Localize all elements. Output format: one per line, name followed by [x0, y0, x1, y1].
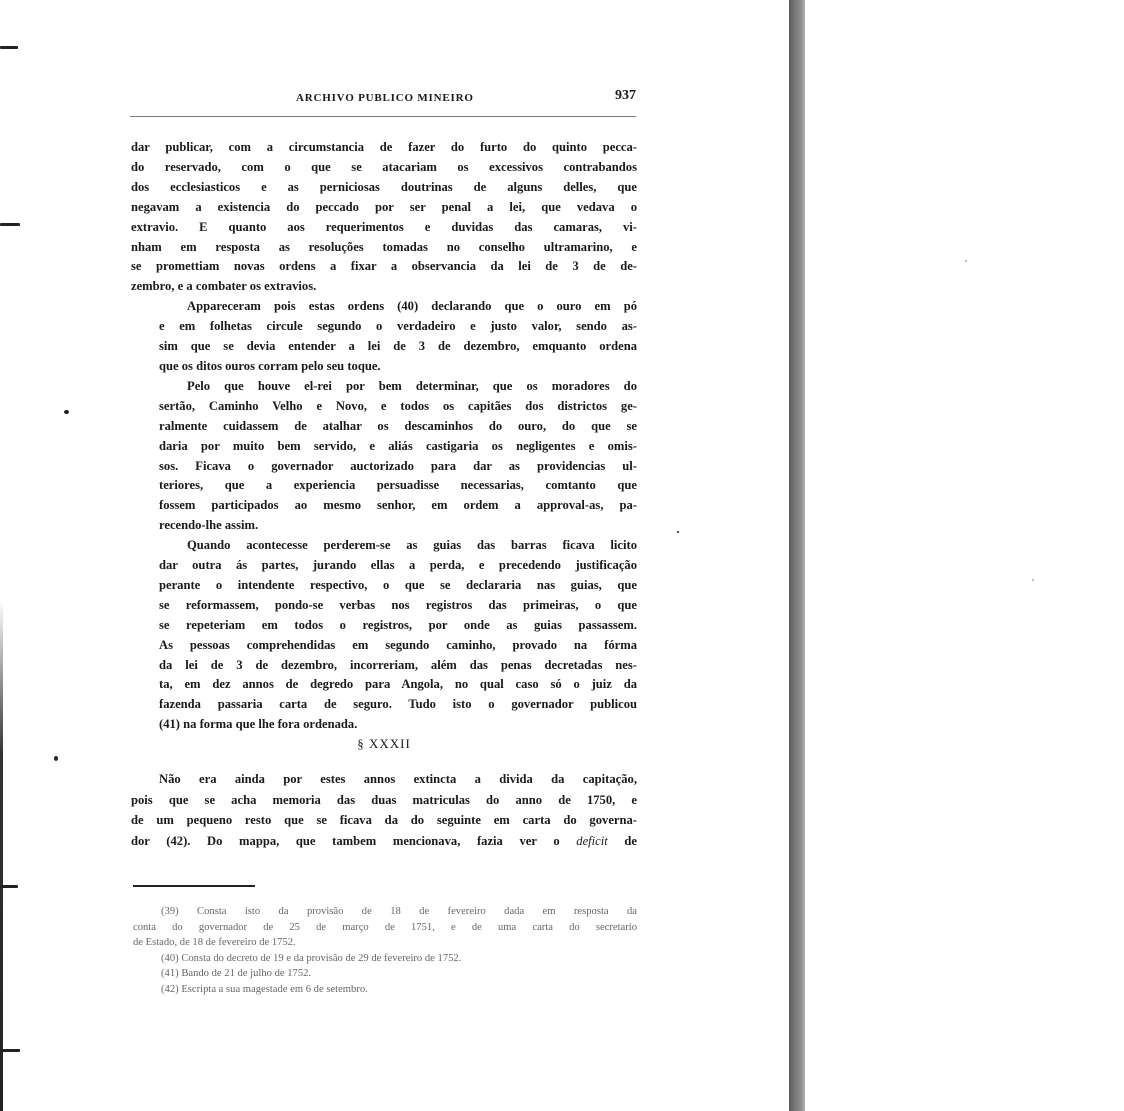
text-line: se reformassem, pondo-se verbas nos regi… [131, 596, 637, 616]
book-spine-shadow [789, 0, 805, 1111]
text-line: da lei de 3 de dezembro, incorreriam, al… [131, 656, 637, 676]
text-line: zembro, e a combater os extravios. [131, 277, 637, 297]
footnote-rule [133, 885, 255, 887]
text-line: e em folhetas circule segundo o verdadei… [131, 317, 637, 337]
paragraph: Pelo que houve el-rei por bem determinar… [131, 377, 637, 536]
text-line: do reservado, com o que se atacariam os … [131, 158, 637, 178]
ink-speck [54, 756, 58, 761]
text-line: dar outra ás partes, jurando ellas a per… [131, 556, 637, 576]
text-line: se promettiam novas ordens a fixar a obs… [131, 257, 637, 277]
text-line: daria por muito bem servido, e aliás cas… [131, 437, 637, 457]
footnote-40: (40) Consta do decreto de 19 e da provis… [133, 951, 637, 967]
footnote-text: Bando de 21 de julho de 1752. [181, 968, 311, 979]
footnote-42: (42) Escripta a sua magestade em 6 de se… [133, 982, 637, 998]
footnote-text: Consta do decreto de 19 e da provisão de… [181, 953, 461, 964]
paragraph: dar publicar, com a circumstancia de faz… [131, 138, 637, 297]
footnote-line: conta do governador de 25 de março de 17… [133, 920, 637, 936]
text-line: perante o intendente respectivo, o que s… [131, 576, 637, 596]
text-line: As pessoas comprehendidas em segundo cam… [131, 636, 637, 656]
footnotes: (39) Consta isto da provisão de 18 de fe… [133, 904, 637, 997]
footnote-39: (39) Consta isto da provisão de 18 de fe… [133, 904, 637, 920]
body-text: dar publicar, com a circumstancia de faz… [131, 138, 637, 735]
running-title: ARCHIVO PUBLICO MINEIRO [296, 92, 474, 104]
page-edge-shadow [0, 600, 3, 1111]
text-line: dor (42). Do mappa, que tambem mencionav… [131, 831, 637, 852]
text-line: de um pequeno resto que se ficava da do … [131, 810, 637, 831]
paragraph: Quando acontecesse perderem-se as guias … [131, 536, 637, 735]
margin-mark [0, 1049, 20, 1052]
footnote-text: Escripta a sua magestade em 6 de setembr… [181, 984, 368, 995]
text-fragment: de [624, 834, 637, 848]
text-line: dos ecclesiasticos e as perniciosas dout… [131, 178, 637, 198]
text-line: se repeteriam em todos o registros, por … [131, 616, 637, 636]
footnote-marker: (41) [161, 968, 179, 979]
text-line: sim que se devia entender a lei de 3 de … [131, 337, 637, 357]
text-line: fazenda passaria carta de seguro. Tudo i… [131, 695, 637, 715]
text-line: Não era ainda por estes annos extincta a… [131, 769, 637, 790]
text-line: ralmente cuidassem de atalhar os descami… [131, 417, 637, 437]
running-head: ARCHIVO PUBLICO MINEIRO 937 [130, 88, 636, 108]
text-line: recendo-lhe assim. [131, 516, 637, 536]
paragraph: Appareceram pois estas ordens (40) decla… [131, 297, 637, 377]
section-text: Não era ainda por estes annos extincta a… [131, 769, 637, 851]
margin-mark [0, 46, 18, 49]
footnote-marker: (42) [161, 984, 179, 995]
text-line: que os ditos ouros corram pelo seu toque… [131, 357, 637, 377]
text-line: dar publicar, com a circumstancia de faz… [131, 138, 637, 158]
footnote-marker: (40) [161, 953, 179, 964]
text-line: negavam a existencia do peccado por ser … [131, 198, 637, 218]
ink-speck [965, 260, 967, 262]
text-line: Pelo que houve el-rei por bem determinar… [131, 377, 637, 397]
page-number: 937 [615, 88, 636, 104]
text-line: pois que se acha memoria das duas matric… [131, 790, 637, 811]
section-heading: § XXXII [131, 736, 637, 752]
footnote-line: de Estado, de 18 de fevereiro de 1752. [133, 935, 637, 951]
text-line: nham em resposta as resoluções tomadas n… [131, 238, 637, 258]
footnote-41: (41) Bando de 21 de julho de 1752. [133, 966, 637, 982]
italic-term: deficit [576, 834, 607, 848]
text-line: Appareceram pois estas ordens (40) decla… [131, 297, 637, 317]
text-line: Quando acontecesse perderem-se as guias … [131, 536, 637, 556]
text-line: teriores, que a experiencia persuadisse … [131, 476, 637, 496]
footnote-marker: (39) [161, 906, 179, 917]
margin-mark [0, 885, 18, 888]
ink-speck [1032, 579, 1034, 581]
text-line: extravio. E quanto aos requerimentos e d… [131, 218, 637, 238]
text-line: sos. Ficava o governador auctorizado par… [131, 457, 637, 477]
text-line: fossem participados ao mesmo senhor, em … [131, 496, 637, 516]
footnote-text: Consta isto da provisão de 18 de feverei… [197, 906, 637, 917]
text-fragment: dor (42). Do mappa, que tambem mencionav… [131, 834, 560, 848]
text-line: (41) na forma que lhe fora ordenada. [131, 715, 637, 735]
header-rule [130, 116, 636, 117]
ink-speck [64, 410, 69, 414]
text-line: sertão, Caminho Velho e Novo, e todos os… [131, 397, 637, 417]
text-line: ta, em dez annos de degredo para Angola,… [131, 675, 637, 695]
ink-speck [677, 531, 679, 533]
margin-mark [0, 223, 20, 226]
